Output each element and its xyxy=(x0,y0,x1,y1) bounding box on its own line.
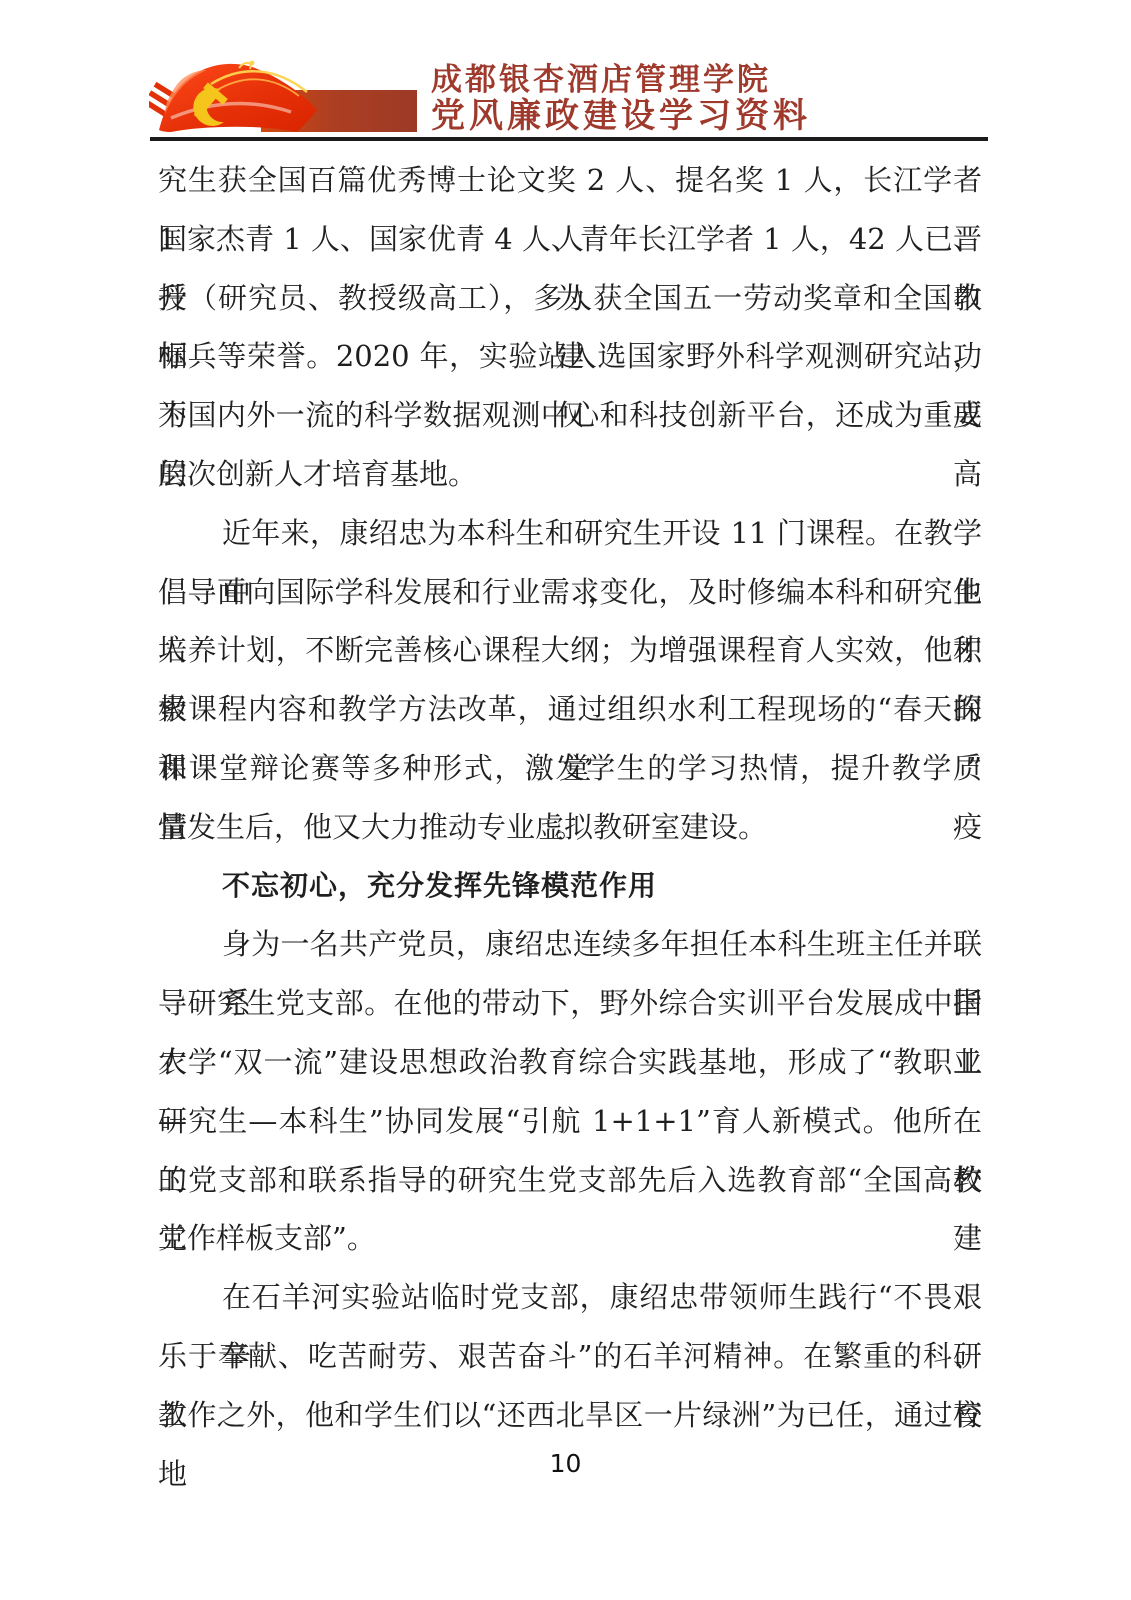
text-line: 标兵等荣誉。2020 年，实验站入选国家野外科学观测研究站，不仅成 xyxy=(158,327,982,386)
header-title-block: 成都银杏酒店管理学院 党风廉政建设学习资料 xyxy=(431,64,811,134)
text-line: 在石羊河实验站临时党支部，康绍忠带领师生践行“不畏艰辛、 xyxy=(158,1268,982,1327)
text-line: 倡导面向国际学科发展和行业需求变化，及时修编本科和研究生人才 xyxy=(158,563,982,622)
text-line: 大学“双一流”建设思想政治教育综合实践基地，形成了“教职工— xyxy=(158,1033,982,1092)
party-flag-logo xyxy=(149,56,417,136)
text-line: 和课堂辩论赛等多种形式，激发学生的学习热情，提升教学质量。疫 xyxy=(158,739,982,798)
body-lines: 究生获全国百篇优秀博士论文奖 2 人、提名奖 1 人，长江学者 1 人、国家杰青… xyxy=(158,151,982,1445)
document-page: 成都银杏酒店管理学院 党风廉政建设学习资料 究生获全国百篇优秀博士论文奖 2 人… xyxy=(0,0,1131,1600)
header-title-line1: 成都银杏酒店管理学院 xyxy=(431,64,811,97)
text-line: 工党支部和联系指导的研究生党支部先后入选教育部“全国高校党建 xyxy=(158,1151,982,1210)
text-line: 授（研究员、教授级高工），多人获全国五一劳动奖章和全国巾帼建功 xyxy=(158,269,982,328)
text-line: 索课程内容和教学方法改革，通过组织水利工程现场的“春天的课堂” xyxy=(158,680,982,739)
header-rule xyxy=(150,137,988,141)
flag-shape xyxy=(159,64,317,132)
text-line: 为国内外一流的科学数据观测中心和科技创新平台，还成为重要的高 xyxy=(158,386,982,445)
text-line: 乐于奉献、吃苦耐劳、艰苦奋斗”的石羊河精神。在繁重的科研教育 xyxy=(158,1327,982,1386)
text-line: 工作之外，他和学生们以“还西北旱区一片绿洲”为已任，通过校地 xyxy=(158,1386,982,1445)
text-line: 近年来，康绍忠为本科生和研究生开设 11 门课程。在教学中，他 xyxy=(158,504,982,563)
text-line: 培养计划，不断完善核心课程大纲；为增强课程育人实效，他积极探 xyxy=(158,621,982,680)
text-line: 导研究生党支部。在他的带动下，野外综合实训平台发展成中国农业 xyxy=(158,974,982,1033)
text-line: 究生获全国百篇优秀博士论文奖 2 人、提名奖 1 人，长江学者 1 人、 xyxy=(158,151,982,210)
page-number: 10 xyxy=(0,1449,1131,1478)
text-line: 研究生—本科生”协同发展“引航 1+1+1”育人新模式。他所在的教 xyxy=(158,1092,982,1151)
text-line: 国家杰青 1 人、国家优青 4 人、青年长江学者 1 人，42 人已晋升为教 xyxy=(158,210,982,269)
text-line: 身为一名共产党员，康绍忠连续多年担任本科生班主任并联系指 xyxy=(158,915,982,974)
header-title-line2: 党风廉政建设学习资料 xyxy=(431,98,811,134)
section-heading: 不忘初心，充分发挥先锋模范作用 xyxy=(158,857,982,916)
